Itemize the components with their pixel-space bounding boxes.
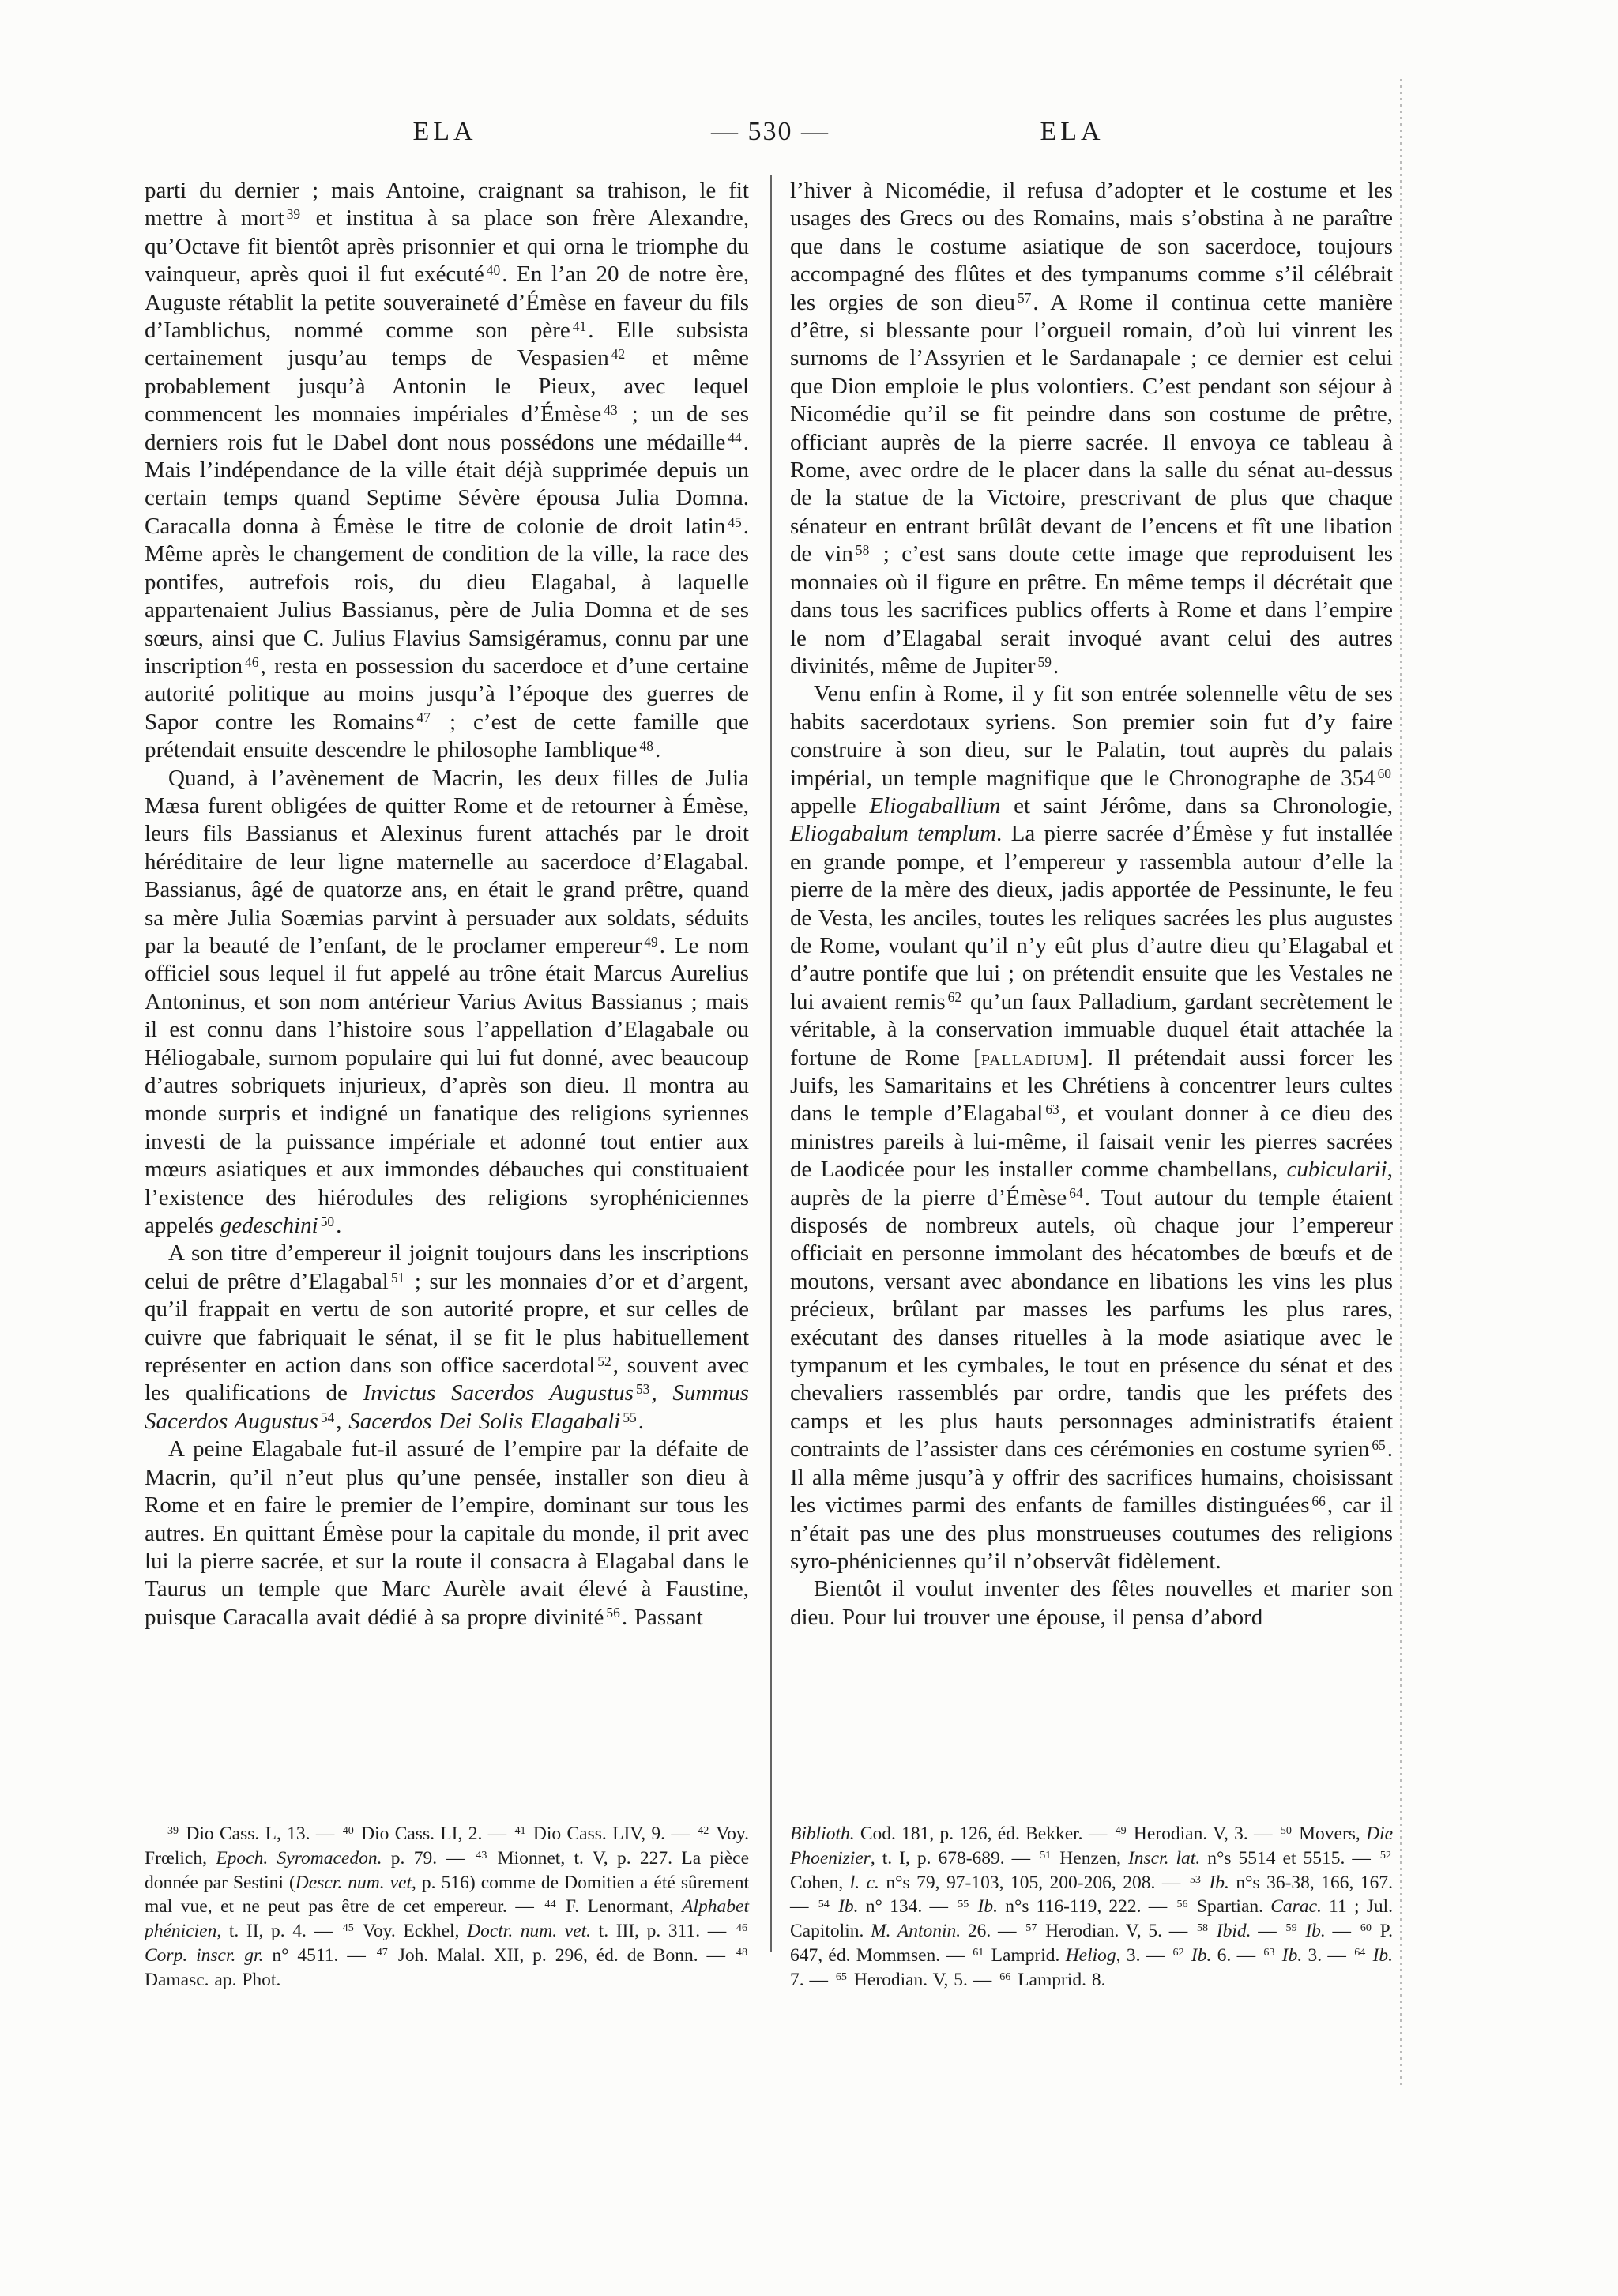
- footnote-reference: 46: [734, 1921, 749, 1934]
- page-number: — 530 —: [675, 117, 865, 147]
- footnote-reference: 63: [1261, 1946, 1276, 1959]
- footnote-reference: 60: [1375, 766, 1393, 781]
- footnote-reference: 52: [595, 1353, 612, 1369]
- footnote-reference: 66: [997, 1970, 1012, 1983]
- italic-text: Biblioth.: [790, 1824, 855, 1844]
- footnote-reference: 43: [601, 402, 619, 418]
- italic-text: Eliogabalum templum: [790, 821, 996, 846]
- footnote-reference: 48: [638, 738, 655, 754]
- footnotes-right: Biblioth. Cod. 181, p. 126, éd. Bekker. …: [790, 1822, 1393, 1993]
- italic-text: Invictus Sacerdos Augustus: [363, 1380, 634, 1406]
- paragraph: parti du dernier ; mais Antoine, craigna…: [145, 177, 749, 765]
- paragraph: A peine Elagabale fut-il assuré de l’emp…: [145, 1436, 749, 1632]
- footnote-reference: 58: [853, 542, 871, 558]
- footnote-reference: 58: [1195, 1921, 1210, 1934]
- italic-text: Doctr. num. vet.: [467, 1921, 591, 1941]
- footnote-reference: 45: [341, 1921, 356, 1934]
- footnote-reference: 51: [1037, 1849, 1052, 1861]
- footnote-reference: 48: [734, 1946, 749, 1959]
- footnote-reference: 62: [946, 989, 963, 1005]
- italic-text: Descr. num. vet: [295, 1873, 412, 1893]
- paragraph: A son titre d’empereur il joignit toujou…: [145, 1240, 749, 1436]
- paragraph: Bientôt il voulut inventer des fêtes nou…: [790, 1575, 1393, 1632]
- italic-text: Sacerdos Dei Solis Elagabali: [348, 1409, 620, 1434]
- page-edge-scan-line: [1400, 79, 1402, 2086]
- footnote-reference: 53: [634, 1381, 651, 1397]
- footnote-reference: 39: [284, 206, 302, 222]
- italic-text: Ib.: [1191, 1945, 1211, 1966]
- footnote-reference: 49: [642, 934, 659, 950]
- paragraph: Quand, à l’avènement de Macrin, les deux…: [145, 765, 749, 1240]
- italic-text: Alphabet phénicien: [145, 1896, 749, 1941]
- footnote-reference: 65: [1369, 1437, 1387, 1453]
- italic-text: Ib.: [1373, 1945, 1393, 1966]
- footnote-reference: 57: [1023, 1921, 1038, 1934]
- footnote-reference: 40: [484, 262, 502, 278]
- footnotes-left: 39 Dio Cass. L, 13. — 40 Dio Cass. LI, 2…: [145, 1822, 749, 1993]
- scanned-page: ELA — 530 — ELA parti du dernier ; mais …: [0, 0, 1618, 2296]
- footnote-reference: 54: [318, 1410, 336, 1425]
- footnote-reference: 46: [243, 654, 260, 670]
- footnote-reference: 43: [473, 1849, 488, 1861]
- italic-text: Corp. inscr. gr.: [145, 1945, 263, 1966]
- right-text-column: l’hiver à Nicomédie, il refusa d’adopter…: [790, 177, 1393, 1632]
- footnote-reference: 44: [725, 430, 743, 446]
- italic-text: Die Phoenizier: [790, 1824, 1393, 1869]
- footnote-reference: 47: [374, 1946, 389, 1959]
- italic-text: Ib.: [1305, 1921, 1325, 1941]
- footnote-reference: 49: [1113, 1824, 1128, 1837]
- footnote-reference: 56: [1175, 1898, 1190, 1910]
- italic-text: Eliogaballium: [869, 793, 1000, 819]
- paragraph: l’hiver à Nicomédie, il refusa d’adopter…: [790, 177, 1393, 680]
- footnote-reference: 51: [389, 1270, 406, 1285]
- italic-text: Ib.: [1209, 1873, 1229, 1893]
- footnote-reference: 64: [1352, 1946, 1367, 1959]
- footnote-reference: 41: [570, 318, 588, 334]
- footnote-reference: 59: [1036, 654, 1053, 670]
- footnote-reference: 47: [415, 710, 432, 725]
- footnote-reference: 63: [1043, 1101, 1060, 1117]
- footnote-reference: 55: [620, 1410, 638, 1425]
- footnote-reference: 42: [609, 346, 627, 362]
- footnote-reference: 66: [1309, 1493, 1326, 1509]
- footnote-reference: 50: [318, 1214, 336, 1229]
- footnote-reference: 56: [604, 1605, 621, 1620]
- column-divider-rule: [770, 175, 772, 1952]
- footnote-reference: 62: [1171, 1946, 1186, 1959]
- italic-text: Ib.: [978, 1896, 998, 1917]
- footnote-reference: 42: [695, 1824, 710, 1837]
- running-head-left: ELA: [350, 117, 540, 147]
- left-text-column: parti du dernier ; mais Antoine, craigna…: [145, 177, 749, 1632]
- italic-text: M. Antonin.: [871, 1921, 961, 1941]
- cross-reference-smallcaps: palladium: [981, 1045, 1080, 1071]
- italic-text: gedeschini: [220, 1213, 318, 1238]
- footnote-reference: 39: [165, 1824, 180, 1837]
- footnote-reference: 50: [1278, 1824, 1293, 1837]
- paragraph: Venu enfin à Rome, il y fit son entrée s…: [790, 680, 1393, 1575]
- footnote-reference: 54: [816, 1898, 831, 1910]
- italic-text: Ib.: [1282, 1945, 1302, 1966]
- footnote-reference: 41: [512, 1824, 527, 1837]
- footnote-reference: 61: [970, 1946, 985, 1959]
- italic-text: Carac.: [1270, 1896, 1322, 1917]
- italic-text: Inscr. lat.: [1128, 1848, 1200, 1869]
- running-head-right: ELA: [977, 117, 1167, 147]
- footnote-reference: 52: [1378, 1849, 1393, 1861]
- italic-text: l. c.: [850, 1873, 879, 1893]
- footnote-reference: 55: [955, 1898, 970, 1910]
- italic-text: Ibid.: [1217, 1921, 1251, 1941]
- footnote-reference: 45: [725, 514, 743, 530]
- footnote-reference: 53: [1187, 1873, 1202, 1886]
- italic-text: Heliog: [1066, 1945, 1116, 1966]
- footnote-reference: 40: [341, 1824, 356, 1837]
- footnote-reference: 59: [1284, 1921, 1299, 1934]
- footnote-reference: 65: [833, 1970, 849, 1983]
- italic-text: Ib.: [838, 1896, 858, 1917]
- italic-text: Epoch. Syromacedon.: [216, 1848, 382, 1869]
- footnote-reference: 44: [542, 1898, 557, 1910]
- footnote-reference: 57: [1015, 290, 1033, 306]
- italic-text: cubicularii: [1286, 1157, 1387, 1182]
- footnote-reference: 64: [1067, 1185, 1084, 1201]
- footnote-reference: 60: [1358, 1921, 1373, 1934]
